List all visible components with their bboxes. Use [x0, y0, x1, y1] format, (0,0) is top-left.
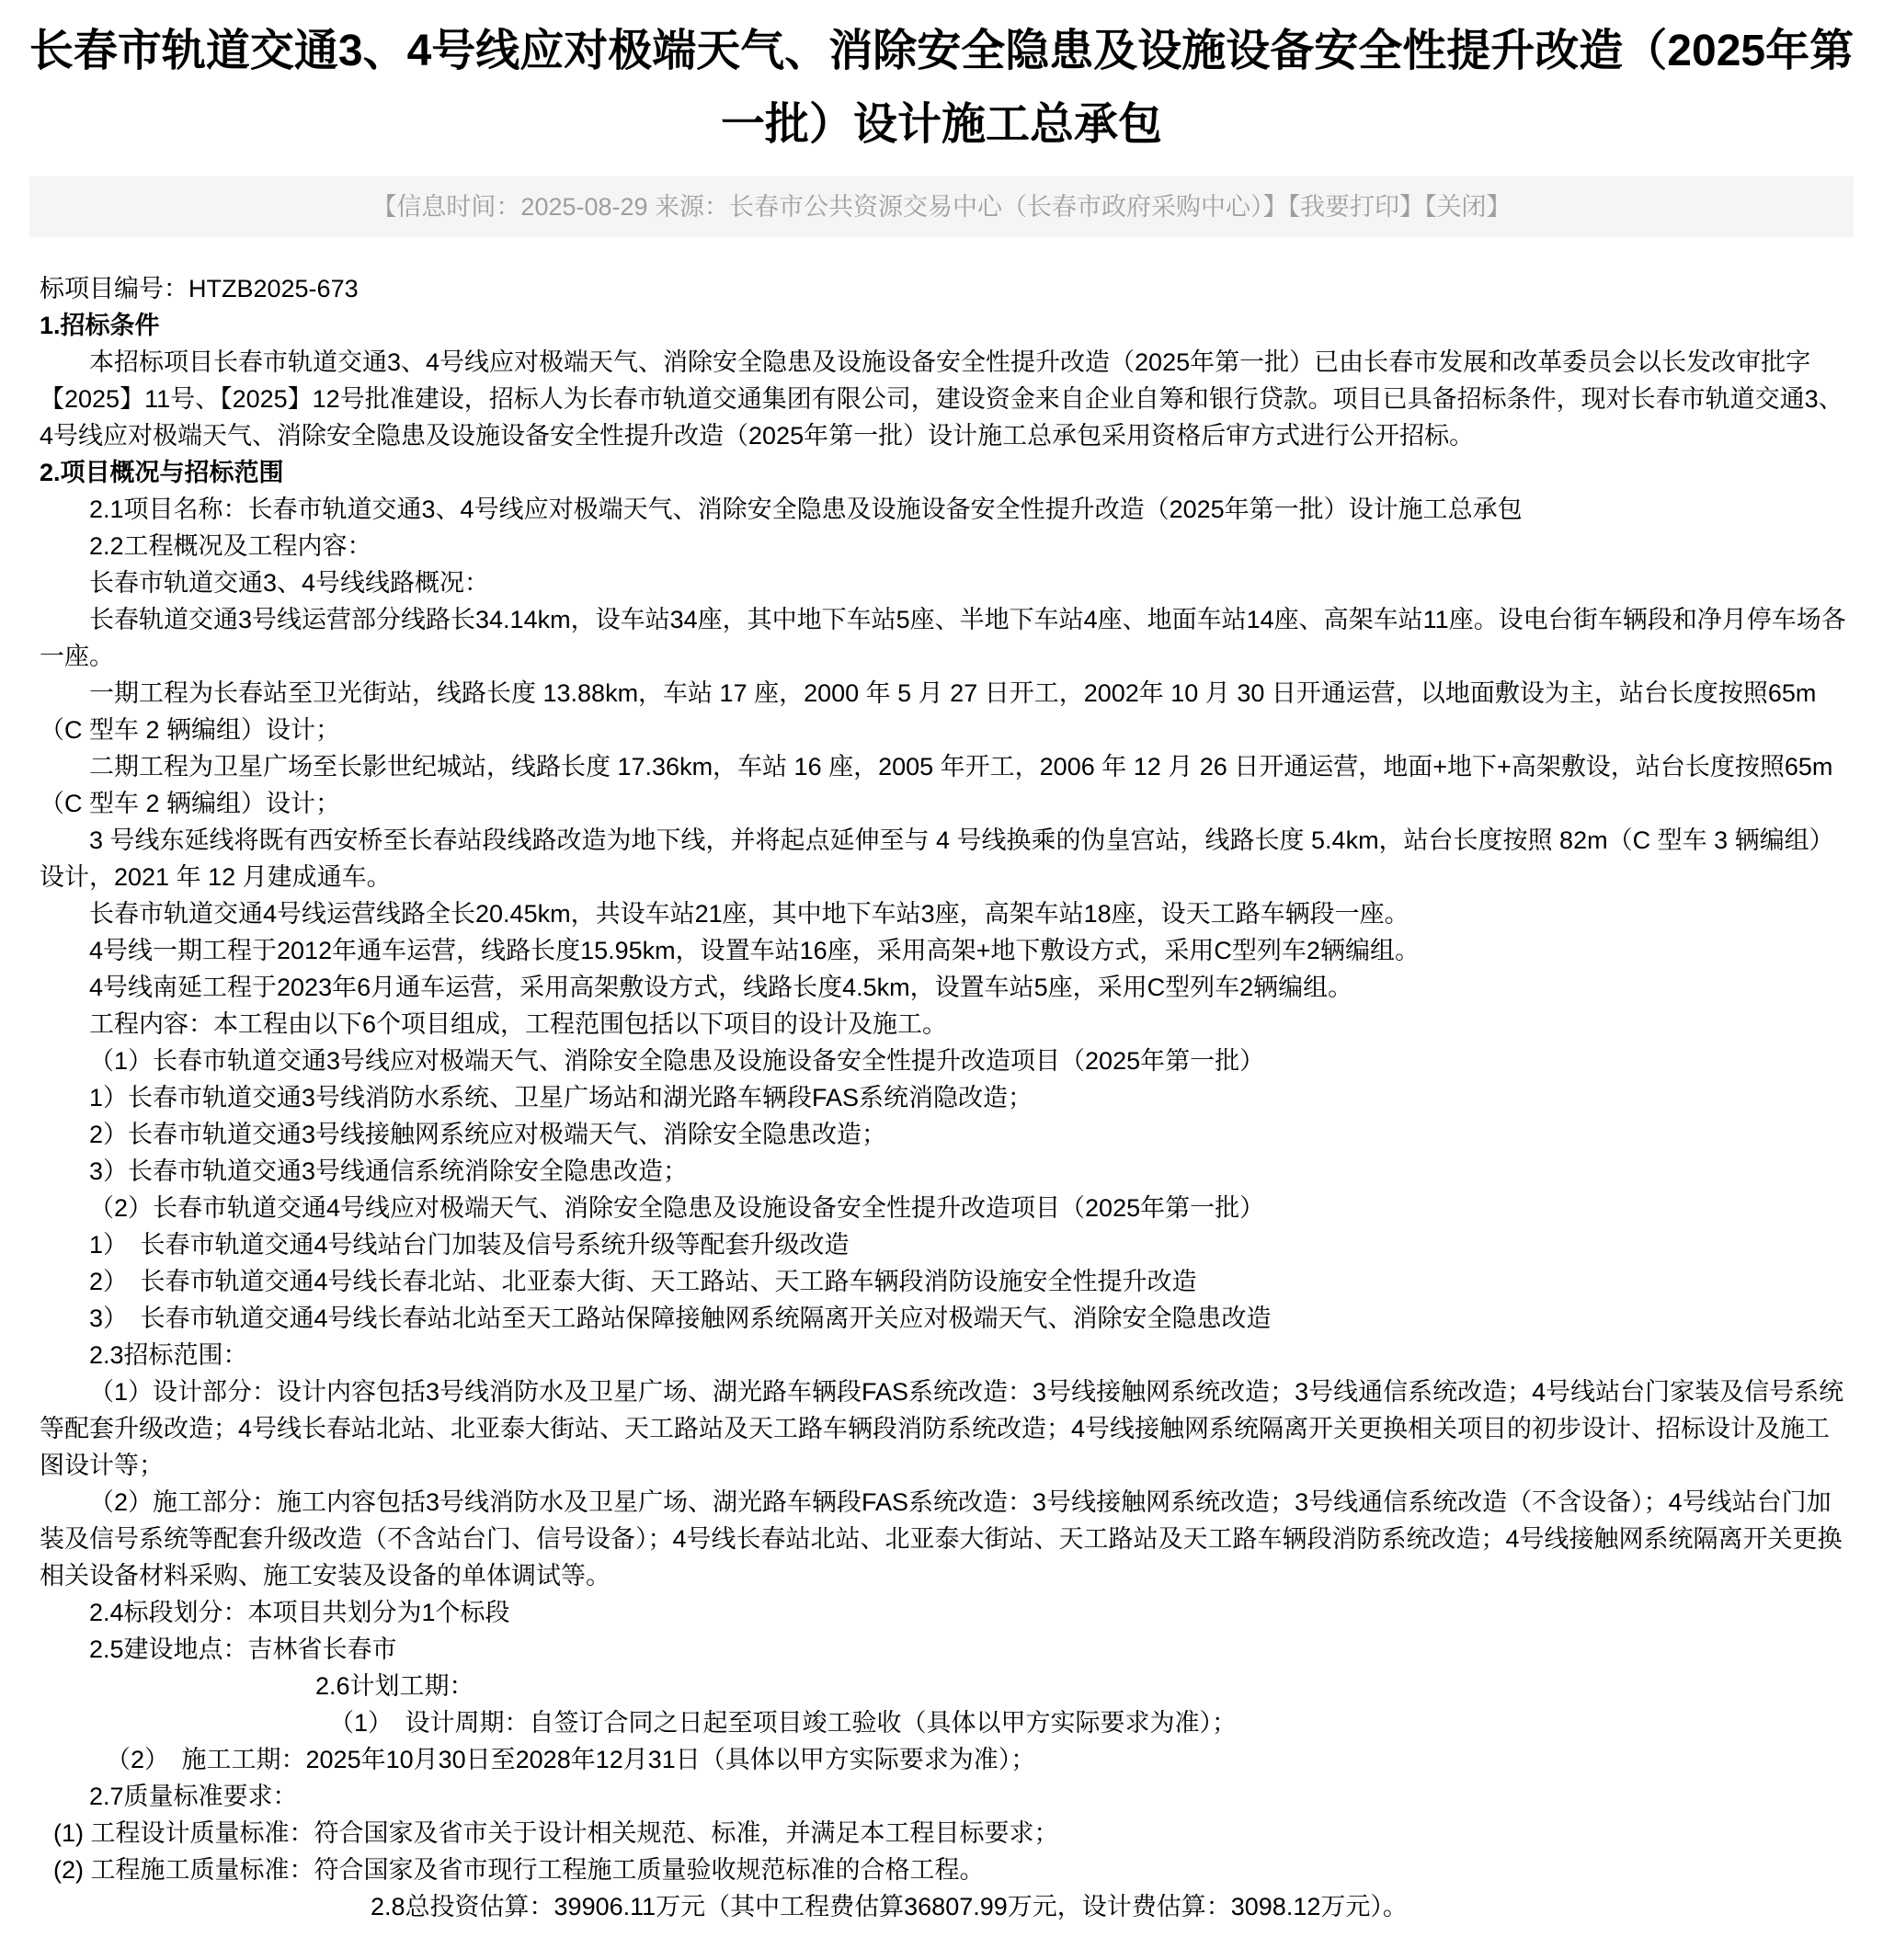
- section-division: 2.4标段划分：本项目共划分为1个标段: [40, 1594, 1852, 1631]
- section2-heading: 2.项目概况与招标范围: [40, 454, 1852, 491]
- project-name: 2.1项目名称：长春市轨道交通3、4号线应对极端天气、消除安全隐患及设施设备安全…: [40, 491, 1852, 528]
- design-scope: （1）设计部分：设计内容包括3号线消防水及卫星广场、湖光路车辆段FAS系统改造：…: [40, 1373, 1852, 1484]
- item-line3-sub1: 1）长春市轨道交通3号线消防水系统、卫星广场站和湖光路车辆段FAS系统消隐改造；: [40, 1079, 1852, 1116]
- construction-location: 2.5建设地点：吉林省长春市: [40, 1631, 1852, 1668]
- meta-info-text: 【信息时间：2025-08-29 来源：长春市公共资源交易中心（长春市政府采购中…: [371, 193, 1287, 221]
- works-overview-heading: 2.2工程概况及工程内容：: [40, 528, 1852, 564]
- works-content-intro: 工程内容：本工程由以下6个项目组成，工程范围包括以下项目的设计及施工。: [40, 1006, 1852, 1043]
- investment-estimate: 2.8总投资估算：39906.11万元（其中工程费估算36807.99万元，设计…: [40, 1888, 1852, 1925]
- quality-standard-heading: 2.7质量标准要求：: [40, 1778, 1852, 1815]
- line4-phase1: 4号线一期工程于2012年通车运营，线路长度15.95km，设置车站16座，采用…: [40, 932, 1852, 969]
- item-line4-project: （2）长春市轨道交通4号线应对极端天气、消除安全隐患及设施设备安全性提升改造项目…: [40, 1190, 1852, 1226]
- line-overview-heading: 长春市轨道交通3、4号线线路概况：: [40, 564, 1852, 601]
- design-quality-standard: (1) 工程设计质量标准：符合国家及省市关于设计相关规范、标准，并满足本工程目标…: [40, 1815, 1852, 1852]
- announcement-page: 长春市轨道交通3、4号线应对极端天气、消除安全隐患及设施设备安全性提升改造（20…: [0, 0, 1883, 1960]
- item-line4-sub1: 1） 长春市轨道交通4号线站台门加装及信号系统升级等配套升级改造: [40, 1226, 1852, 1263]
- line3-phase1: 一期工程为长春站至卫光街站，线路长度 13.88km，车站 17 座，2000 …: [40, 675, 1852, 748]
- print-button[interactable]: 【我要打印】: [1288, 193, 1425, 221]
- line3-phase2: 二期工程为卫星广场至长影世纪城站，线路长度 17.36km，车站 16 座，20…: [40, 748, 1852, 822]
- item-line4-sub2: 2） 长春市轨道交通4号线长春北站、北亚泰大街、天工路站、天工路车辆段消防设施安…: [40, 1263, 1852, 1300]
- bid-conditions-paragraph: 本招标项目长春市轨道交通3、4号线应对极端天气、消除安全隐患及设施设备安全性提升…: [40, 344, 1852, 454]
- section1-heading: 1.招标条件: [40, 307, 1852, 344]
- close-button[interactable]: 【关闭】: [1424, 193, 1512, 221]
- item-line3-sub3: 3）长春市轨道交通3号线通信系统消除安全隐患改造；: [40, 1153, 1852, 1190]
- line4-south-extension: 4号线南延工程于2023年6月通车运营，采用高架敷设方式，线路长度4.5km，设…: [40, 969, 1852, 1006]
- announcement-body: 标项目编号：HTZB2025-673 1.招标条件 本招标项目长春市轨道交通3、…: [0, 270, 1883, 1925]
- item-line3-sub2: 2）长春市轨道交通3号线接触网系统应对极端天气、消除安全隐患改造；: [40, 1116, 1852, 1153]
- meta-bar: 【信息时间：2025-08-29 来源：长春市公共资源交易中心（长春市政府采购中…: [29, 177, 1854, 237]
- planned-duration-heading: 2.6计划工期：: [40, 1668, 1852, 1704]
- construction-scope: （2）施工部分：施工内容包括3号线消防水及卫星广场、湖光路车辆段FAS系统改造：…: [40, 1484, 1852, 1594]
- line4-overview: 长春市轨道交通4号线运营线路全长20.45km，共设车站21座，其中地下车站3座…: [40, 895, 1852, 932]
- item-line3-project: （1）长春市轨道交通3号线应对极端天气、消除安全隐患及设施设备安全性提升改造项目…: [40, 1043, 1852, 1079]
- design-period: （1） 设计周期：自签订合同之日起至项目竣工验收（具体以甲方实际要求为准）；: [40, 1704, 1852, 1741]
- line3-east-extension: 3 号线东延线将既有西安桥至长春站段线路改造为地下线，并将起点延伸至与 4 号线…: [40, 822, 1852, 895]
- item-line4-sub3: 3） 长春市轨道交通4号线长春站北站至天工路站保障接触网系统隔离开关应对极端天气…: [40, 1300, 1852, 1337]
- page-title: 长春市轨道交通3、4号线应对极端天气、消除安全隐患及设施设备安全性提升改造（20…: [0, 0, 1883, 162]
- project-number: 标项目编号：HTZB2025-673: [40, 270, 1852, 307]
- line3-overview: 长春轨道交通3号线运营部分线路长34.14km，设车站34座，其中地下车站5座、…: [40, 601, 1852, 675]
- construction-quality-standard: (2) 工程施工质量标准：符合国家及省市现行工程施工质量验收规范标准的合格工程。: [40, 1852, 1852, 1888]
- construction-period: （2） 施工工期：2025年10月30日至2028年12月31日（具体以甲方实际…: [40, 1741, 1852, 1778]
- bid-scope-heading: 2.3招标范围：: [40, 1337, 1852, 1373]
